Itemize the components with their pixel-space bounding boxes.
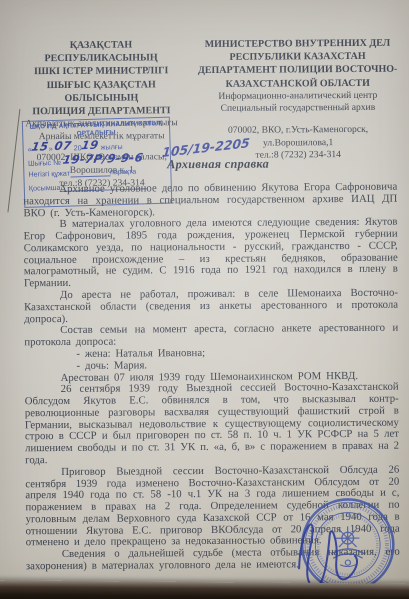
- stamp-maindoc-row: Негізгі құжатпарақта: [28, 166, 166, 180]
- paragraph-accusation: 26 сентября 1939 году Выездной сессией В…: [25, 382, 400, 467]
- org-name-line: КАЗАХСТАНСКОЙ ОБЛАСТИ: [196, 76, 400, 91]
- org-name-line: ДЕПАРТАМЕНТ ПОЛИЦИИ ВОСТОЧНО-: [196, 63, 400, 78]
- table-surface: [0, 580, 409, 599]
- blank-line: [70, 169, 110, 178]
- signature: [278, 497, 375, 596]
- stamp-outgoing-row: Шығыс № 19-7Р/9-9-6: [28, 152, 166, 166]
- stamp-outgoing-label: Шығыс №: [28, 158, 61, 168]
- document-photo: ҚАЗАҚСТАН РЕСПУБЛИКАСЫНЫҢ ІШКІ ІСТЕР МИН…: [0, 0, 409, 599]
- paper-sheet: ҚАЗАҚСТАН РЕСПУБЛИКАСЫНЫҢ ІШКІ ІСТЕР МИН…: [0, 0, 409, 589]
- document-content: ҚАЗАҚСТАН РЕСПУБЛИКАСЫНЫҢ ІШКІ ІСТЕР МИН…: [0, 0, 409, 590]
- handwritten-outgoing-number: 19-7Р/9-9-6: [62, 152, 144, 164]
- org-name-line: ҚАЗАҚСТАН РЕСПУБЛИКАСЫНЫҢ: [14, 38, 188, 66]
- stamp-maindoc-label: Негізгі құжат: [28, 169, 70, 179]
- paragraph-case-storage: Архивное уголовное дело по обвинению Яку…: [23, 182, 397, 220]
- handwritten-day: 15: [31, 141, 50, 152]
- org-name-line: ШЫҒЫС ҚАЗАҚСТАН ОБЛЫСЫНЫҢ: [14, 78, 188, 106]
- handwritten-month: 07: [54, 141, 73, 152]
- paragraph-residence: До ареста не работал, проживал: в селе Ш…: [24, 288, 398, 326]
- paragraph-family-intro: Состав семьи на момент ареста, согласно …: [24, 323, 398, 349]
- document-title: Архивная справка: [167, 157, 269, 173]
- paragraph-personal-data: В материалах уголовного дела имеются сле…: [23, 217, 397, 290]
- org-subdivision-line: Специальный государственный архив: [196, 102, 400, 116]
- stamp-maindoc-suffix: парақта: [110, 167, 137, 177]
- stamp-quote: »: [49, 144, 53, 153]
- org-name-line: МИНИСТЕРСТВО ВНУТРЕННИХ ДЕЛ: [196, 37, 400, 52]
- org-name-line: ІШКІ ІСТЕР МИНИСТРЛІГІ: [14, 65, 188, 79]
- handwritten-year: 19: [81, 140, 100, 151]
